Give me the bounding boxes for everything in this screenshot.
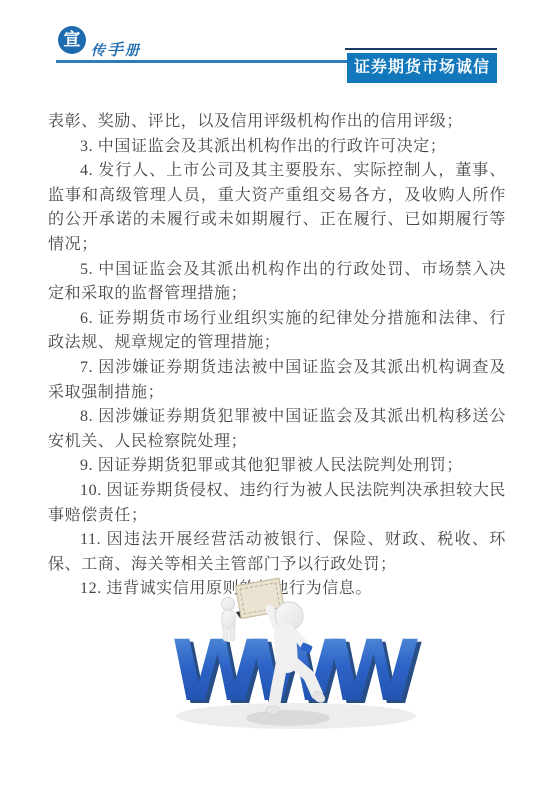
paragraph-item-8: 8. 因涉嫌证券期货犯罪被中国证监会及其派出机构移送公安机关、人民检察院处理； bbox=[48, 405, 506, 454]
paragraph-item-10: 10. 因证券期货侵权、违约行为被人民法院判决承担较大民事赔偿责任； bbox=[48, 479, 506, 528]
paragraph-item-6: 6. 证券期货市场行业组织实施的纪律处分措施和法律、行政法规、规章规定的管理措施… bbox=[48, 307, 506, 356]
page: 宣传手册 证券期货市场诚信 表彰、奖励、评比，以及信用评级机构作出的信用评级； … bbox=[0, 0, 552, 790]
letter-w-3: W bbox=[325, 622, 421, 720]
paragraph-item-5: 5. 中国证监会及其派出机构作出的行政处罚、市场禁入决定和采取的监督管理措施； bbox=[48, 258, 506, 307]
logo-script-char-3: 册 bbox=[125, 40, 139, 60]
sitting-figure-leg-right bbox=[230, 626, 235, 641]
paragraph-item-4: 4. 发行人、上市公司及其主要股东、实际控制人，董事、监事和高级管理人员，重大资… bbox=[48, 159, 506, 257]
running-figure-leg-front bbox=[274, 662, 282, 706]
www-illustration: W W W W W W bbox=[166, 576, 436, 742]
paragraph-item-9: 9. 因证券期货犯罪或其他犯罪被人民法院判处刑罚； bbox=[48, 454, 506, 479]
www-illustration-svg: W W W W W W bbox=[166, 576, 436, 742]
brochure-logo: 宣传手册 bbox=[58, 26, 139, 60]
paragraph-item-7: 7. 因涉嫌证券期货违法被中国证监会及其派出机构调查及采取强制措施； bbox=[48, 356, 506, 405]
logo-script-char-2: 手 bbox=[107, 37, 123, 60]
sitting-figure-head bbox=[222, 598, 235, 611]
double-rule bbox=[56, 60, 347, 63]
logo-script-char-1: 传 bbox=[91, 40, 105, 60]
paragraph-continuation: 表彰、奖励、评比，以及信用评级机构作出的信用评级； bbox=[48, 110, 506, 135]
chapter-title-banner: 证券期货市场诚信 bbox=[347, 53, 497, 83]
navy-rule bbox=[345, 48, 497, 50]
paragraph-item-11: 11. 因违法开展经营活动被银行、保险、财政、税收、环保、工商、海关等相关主管部… bbox=[48, 528, 506, 577]
body-text: 表彰、奖励、评比，以及信用评级机构作出的信用评级； 3. 中国证监会及其派出机构… bbox=[48, 110, 506, 602]
sitting-figure-leg-left bbox=[223, 626, 228, 641]
running-figure-foot-front bbox=[266, 706, 280, 714]
logo-circle-char: 宣 bbox=[58, 26, 86, 54]
paragraph-item-3: 3. 中国证监会及其派出机构作出的行政许可决定； bbox=[48, 135, 506, 160]
